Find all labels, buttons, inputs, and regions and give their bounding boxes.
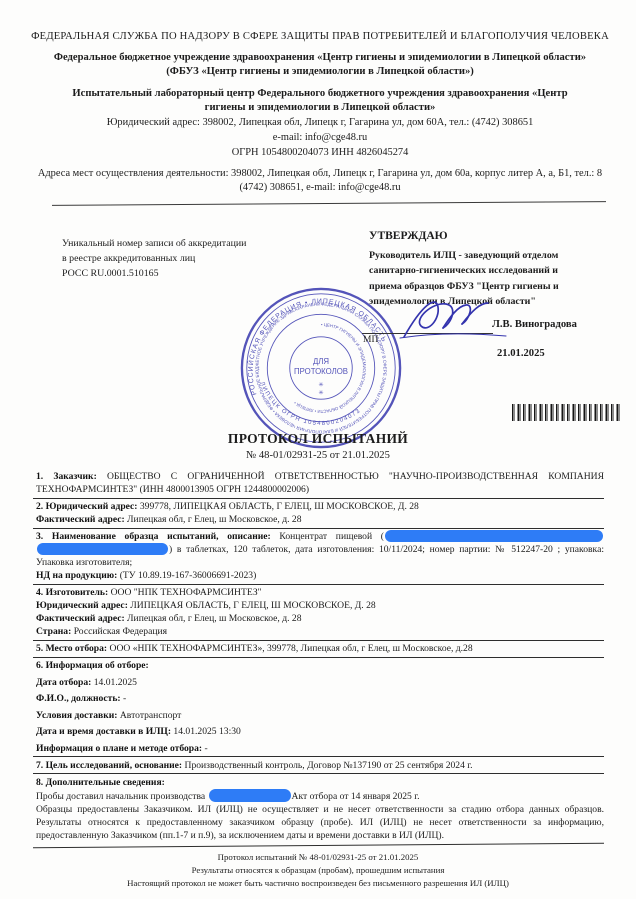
divider [33, 773, 604, 774]
section-manufacturer: 4. Изготовитель: ООО "НПК ТЕХНОФАРМСИНТЕ… [36, 586, 604, 599]
section-additional-label: 8. Дополнительные сведения: [36, 777, 165, 788]
section-sample-name: 3. Наименование образца испытаний, описа… [36, 530, 604, 569]
footer-results-note: Результаты относятся к образцам (пробам)… [0, 864, 636, 877]
approval-line3: приема образцов ФБУЗ "Центр гигиены и [369, 279, 607, 294]
samples-delivered-text1: Пробы доставил начальник производства [36, 791, 208, 802]
mp-seal-label: МП [363, 335, 378, 345]
footer-protocol-number: Протокол испытаний № 48-01/02931-25 от 2… [0, 851, 636, 864]
sampling-person-label: Ф.И.О., должность: [36, 693, 121, 704]
divider [33, 584, 604, 585]
activity-addresses: Адреса мест осуществления деятельности: … [26, 167, 614, 195]
stamp-center-line2: ПРОТОКОЛОВ [294, 367, 348, 376]
organization-name: Федеральное бюджетное учреждение здравоо… [26, 51, 614, 79]
redaction-bar [37, 543, 168, 555]
legal-address: Юридический адрес: 398002, Липецкая обл,… [26, 116, 614, 130]
section-manufacturer-text: ООО "НПК ТЕХНОФАРМСИНТЕЗ" [108, 587, 261, 598]
sampling-plan-method-label: Информация о плане и методе отбора: [36, 743, 202, 754]
document-title-block: ПРОТОКОЛ ИСПЫТАНИЙ № 48-01/02931-25 от 2… [0, 431, 636, 461]
divider [33, 528, 604, 529]
accreditation-line2: в реестре аккредитованных лиц [62, 252, 297, 267]
delivery-conditions: Условия доставки: Автотранспорт [36, 709, 604, 722]
letterhead: ФЕДЕРАЛЬНАЯ СЛУЖБА ПО НАДЗОРУ В СФЕРЕ ЗА… [26, 30, 614, 195]
bottom-divider [33, 842, 604, 847]
round-stamp: РОССИЙСКАЯ ФЕДЕРАЦИЯ • ЛИПЕЦКАЯ ОБЛАСТЬ … [238, 285, 404, 451]
section-customer-text: ОБЩЕСТВО С ОГРАНИЧЕННОЙ ОТВЕТСТВЕННОСТЬЮ… [36, 471, 604, 495]
divider [33, 498, 604, 499]
section-sampling-place: 5. Место отбора: ООО «НПК ТЕХНОФАРМСИНТЕ… [36, 642, 604, 655]
divider [33, 657, 604, 658]
divider [33, 640, 604, 641]
signature-handwriting [398, 293, 510, 341]
sampling-date-label: Дата отбора: [36, 677, 91, 688]
sampling-person-text: - [121, 693, 127, 704]
laboratory-name-line2: гигиены и эпидемиологии в Липецкой облас… [26, 101, 614, 115]
section-nd-product-label: НД на продукцию: [36, 570, 117, 581]
approval-date: 21.01.2025 [497, 348, 545, 359]
section-nd-product: НД на продукцию: (ТУ 10.89.19-167-360066… [36, 569, 604, 582]
page-footer: Протокол испытаний № 48-01/02931-25 от 2… [0, 851, 636, 891]
accreditation-number: РОСС RU.0001.510165 [62, 267, 297, 282]
section-sampling-place-text: ООО «НПК ТЕХНОФАРМСИНТЕЗ», 399778, Липец… [107, 643, 473, 654]
approval-line2: санитарно-гигиенических исследований и [369, 263, 607, 278]
section-customer-label: 1. Заказчик: [36, 471, 97, 482]
stamp-outer-top-text: РОССИЙСКАЯ ФЕДЕРАЦИЯ • ЛИПЕЦКАЯ ОБЛАСТЬ [246, 298, 388, 396]
organization-name-line2: (ФБУЗ «Центр гигиены и эпидемиологии в Л… [26, 65, 614, 79]
section-purpose-label: 7. Цель исследований, основание: [36, 760, 182, 771]
redaction-bar [385, 530, 603, 542]
section-actual-address: Фактический адрес: Липецкая обл, г Елец,… [36, 513, 604, 526]
approval-line1: Руководитель ИЛЦ - заведующий отделом [369, 248, 607, 263]
section-manufacturer-legal-label: Юридический адрес: [36, 600, 128, 611]
section-country: Страна: Российская Федерация [36, 625, 604, 638]
section-manufacturer-actual-label: Фактический адрес: [36, 613, 125, 624]
delivery-datetime-text: 14.01.2025 13:30 [171, 726, 241, 737]
samples-delivered-line: Пробы доставил начальник производства Ак… [36, 789, 604, 803]
footer-reproduction-note: Настоящий протокол не может быть частичн… [0, 877, 636, 890]
section-country-text: Российская Федерация [71, 626, 167, 637]
email: e-mail: info@cge48.ru [26, 131, 614, 145]
section-manufacturer-actual-text: Липецкая обл, г Елец, ш Московское, д. 2… [125, 613, 302, 624]
organization-name-line1: Федеральное бюджетное учреждение здравоо… [26, 51, 614, 65]
accreditation-block: Уникальный номер записи об аккредитации … [62, 237, 297, 282]
sampling-plan-method-text: - [202, 743, 208, 754]
sampling-date: Дата отбора: 14.01.2025 [36, 676, 604, 689]
divider [33, 756, 604, 757]
section-additional: 8. Дополнительные сведения: [36, 776, 604, 789]
sampling-date-text: 14.01.2025 [91, 677, 137, 688]
accreditation-line1: Уникальный номер записи об аккредитации [62, 237, 297, 252]
delivery-datetime-label: Дата и время доставки в ИЛЦ: [36, 726, 171, 737]
section-legal-address-label: 2. Юридический адрес: [36, 501, 137, 512]
stamp-star-2: ✳ [319, 389, 324, 396]
approval-title: УТВЕРЖДАЮ [369, 228, 607, 246]
section-sampling-place-label: 5. Место отбора: [36, 643, 107, 654]
sections-body: 1. Заказчик: ОБЩЕСТВО С ОГРАНИЧЕННОЙ ОТВ… [36, 470, 604, 847]
section-sample-name-text1: Концентрат пищевой ( [271, 531, 384, 542]
delivery-conditions-label: Условия доставки: [36, 710, 117, 721]
section-manufacturer-actual: Фактический адрес: Липецкая обл, г Елец,… [36, 612, 604, 625]
sampling-plan-method: Информация о плане и методе отбора: - [36, 742, 604, 755]
section-country-label: Страна: [36, 626, 71, 637]
section-customer: 1. Заказчик: ОБЩЕСТВО С ОГРАНИЧЕННОЙ ОТВ… [36, 470, 604, 496]
laboratory-name: Испытательный лабораторный центр Федерал… [26, 87, 614, 115]
section-manufacturer-label: 4. Изготовитель: [36, 587, 108, 598]
section-manufacturer-legal-text: ЛИПЕЦКАЯ ОБЛАСТЬ, Г ЕЛЕЦ, Ш МОСКОВСКОЕ, … [128, 600, 376, 611]
redaction-bar [209, 789, 291, 802]
ogrn-inn: ОГРН 1054800204073 ИНН 4826045274 [26, 146, 614, 160]
barcode [512, 404, 620, 421]
section-purpose-text: Производственный контроль, Договор №1371… [182, 760, 472, 771]
section-sampling-info-label: 6. Информация об отборе: [36, 660, 149, 671]
section-sampling-info: 6. Информация об отборе: [36, 659, 604, 672]
protocol-document-page: ФЕДЕРАЛЬНАЯ СЛУЖБА ПО НАДЗОРУ В СФЕРЕ ЗА… [0, 0, 636, 899]
agency-name: ФЕДЕРАЛЬНАЯ СЛУЖБА ПО НАДЗОРУ В СФЕРЕ ЗА… [26, 30, 614, 44]
section-sample-name-label: 3. Наименование образца испытаний, описа… [36, 531, 271, 542]
document-title: ПРОТОКОЛ ИСПЫТАНИЙ [0, 431, 636, 447]
section-actual-address-text: Липецкая обл, г Елец, ш Московское, д. 2… [125, 514, 302, 525]
signer-name: Л.В. Виноградова [492, 319, 577, 330]
section-actual-address-label: Фактический адрес: [36, 514, 125, 525]
document-number: № 48-01/02931-25 от 21.01.2025 [0, 450, 636, 461]
section-legal-address: 2. Юридический адрес: 399778, ЛИПЕЦКАЯ О… [36, 500, 604, 513]
section-legal-address-text: 399778, ЛИПЕЦКАЯ ОБЛАСТЬ, Г ЕЛЕЦ, Ш МОСК… [137, 501, 418, 512]
section-purpose: 7. Цель исследований, основание: Произво… [36, 759, 604, 772]
laboratory-name-line1: Испытательный лабораторный центр Федерал… [26, 87, 614, 101]
stamp-star-1: ✳ [319, 382, 324, 389]
svg-text:РОССИЙСКАЯ ФЕДЕРАЦИЯ • ЛИПЕЦКА: РОССИЙСКАЯ ФЕДЕРАЦИЯ • ЛИПЕЦКАЯ ОБЛАСТЬ [246, 298, 388, 396]
section-manufacturer-legal: Юридический адрес: ЛИПЕЦКАЯ ОБЛАСТЬ, Г Е… [36, 599, 604, 612]
header-separator-line [52, 201, 606, 206]
delivery-datetime: Дата и время доставки в ИЛЦ: 14.01.2025 … [36, 725, 604, 738]
delivery-conditions-text: Автотранспорт [117, 710, 181, 721]
sampling-person: Ф.И.О., должность: - [36, 692, 604, 705]
disclaimer-paragraph: Образцы предоставлены Заказчиком. ИЛ (ИЛ… [36, 803, 604, 842]
stamp-center-line1: ДЛЯ [313, 357, 329, 366]
section-nd-product-text: (ТУ 10.89.19-167-36006691-2023) [117, 570, 256, 581]
samples-delivered-text2: Акт отбора от 14 января 2025 г. [292, 791, 420, 802]
